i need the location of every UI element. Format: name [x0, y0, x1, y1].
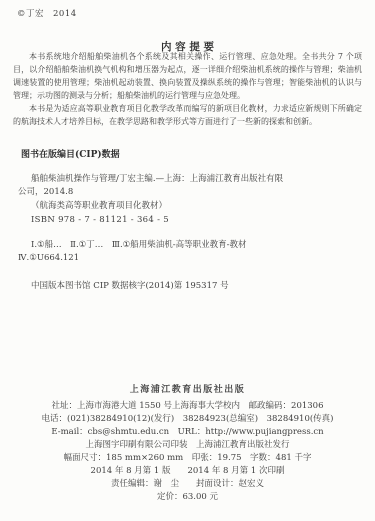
publisher-banner: 上海浦江教育出版社出版: [0, 384, 375, 397]
copyright-notice: ©丁宏 2014: [17, 7, 77, 19]
colophon-price-line: 定价：63.00 元: [0, 491, 375, 504]
cip-data-block: 船舶柴油机操作与管理/丁宏主编.—上海：上海浦江教育出版社有限 公司，2014.…: [14, 173, 361, 264]
cip-isbn: ISBN 978 - 7 - 81121 - 364 - 5: [14, 214, 361, 227]
colophon-printer-line: 上海图宇印刷有限公司印装 上海浦江教育出版社发行: [0, 439, 375, 452]
colophon-phone-line: 电话：(021)38284910(12)(发行) 38284923(总编室) 3…: [0, 413, 375, 426]
colophon-address-line: 社址：上海市海港大道 1550 号上海海事大学校内 邮政编码：201306: [0, 400, 375, 413]
colophon-section: 上海浦江教育出版社出版 社址：上海市海港大道 1550 号上海海事大学校内 邮政…: [0, 384, 375, 504]
colophon-email-url-line: E-mail：cbs@shmtu.edu.cn URL：http://www.p…: [0, 426, 375, 439]
colophon-editor-line: 责任编辑：谢 尘 封面设计：赵宏义: [0, 478, 375, 491]
colophon-edition-line: 2014 年 8 月第 1 版 2014 年 8 月第 1 次印刷: [0, 465, 375, 478]
cip-series-note: （航海类高等职业教育项目化教材）: [14, 200, 361, 213]
cip-classification-line-2: Ⅳ.①U664.121: [14, 252, 361, 265]
cip-entry-line-2: 公司，2014.8: [14, 186, 361, 199]
summary-section: 本书系统地介绍船舶柴油机各个系统及其相关操作、运行管理、应急处理。全书共分 7 …: [13, 50, 362, 128]
cip-heading: 图书在版编目(CIP)数据: [21, 147, 120, 160]
colophon-format-line: 幅面尺寸：185 mm×260 mm 印张：19.75 字数：481 千字: [0, 452, 375, 465]
book-copyright-page: ©丁宏 2014 内 容 提 要 本书系统地介绍船舶柴油机各个系统及其相关操作、…: [0, 0, 375, 521]
summary-paragraph-1: 本书系统地介绍船舶柴油机各个系统及其相关操作、运行管理、应急处理。全书共分 7 …: [13, 50, 362, 102]
cip-record-number: 中国版本图书馆 CIP 数据核字(2014)第 195317 号: [31, 279, 229, 291]
cip-entry-line-1: 船舶柴油机操作与管理/丁宏主编.—上海：上海浦江教育出版社有限: [14, 173, 361, 186]
cip-classification-line-1: Ⅰ.①船… Ⅱ.①丁… Ⅲ.①船用柴油机-高等职业教育-教材: [14, 239, 361, 252]
summary-paragraph-2: 本书是为适应高等职业教育项目化教学改革而编写的新项目化教材，力求适应新规则下所确…: [13, 102, 362, 128]
